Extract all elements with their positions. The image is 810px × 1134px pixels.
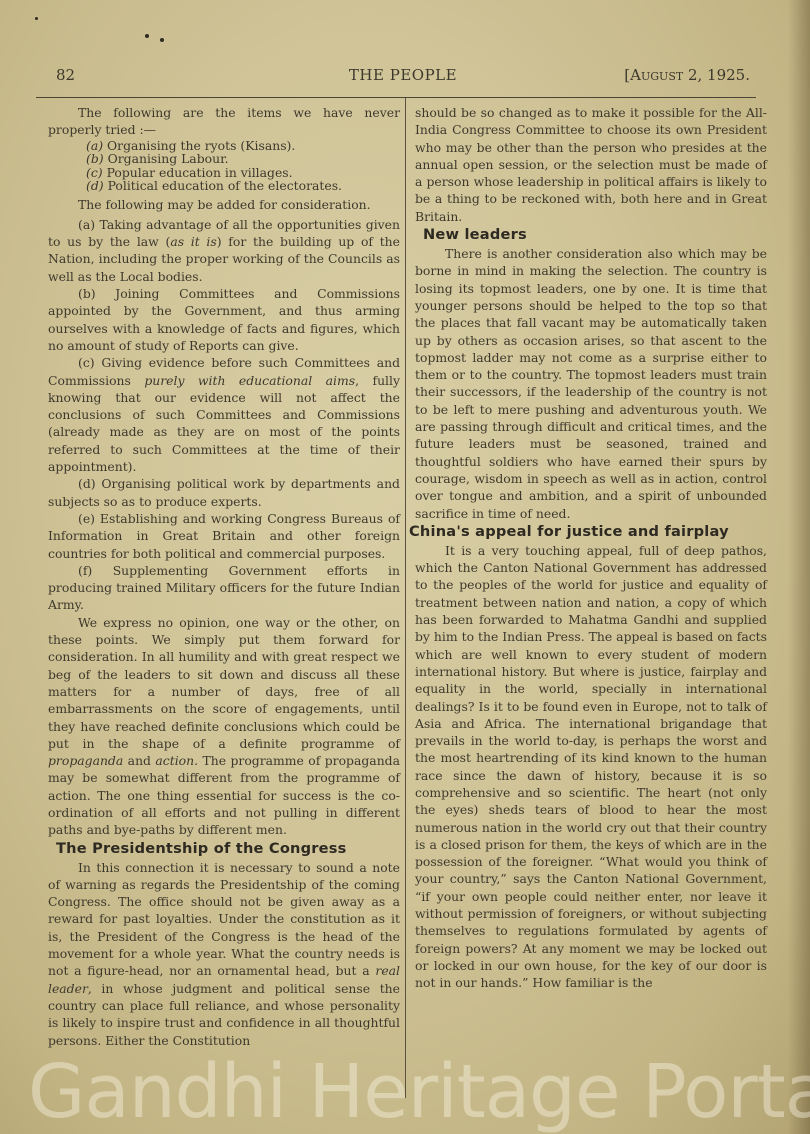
list-item: (a) Organising the ryots (Kisans).	[86, 139, 400, 153]
added-intro: The following may be added for considera…	[48, 196, 400, 213]
section-heading-china-appeal: China's appeal for justice and fairplay	[409, 523, 767, 541]
column-divider	[405, 98, 406, 1098]
presidentship-text-end: , in whose judgment and political sense …	[48, 981, 400, 1048]
section-heading-presidentship: The Presidentship of the Congress	[56, 840, 400, 858]
item-a: (a) Taking advantage of all the opportun…	[48, 216, 400, 285]
ink-speck	[160, 38, 164, 42]
header-rule	[36, 97, 756, 98]
closing-text-mid: and	[123, 753, 155, 768]
china-appeal-paragraph: It is a very touching appeal, full of de…	[415, 542, 767, 992]
intro-paragraph: The following are the items we have neve…	[48, 104, 400, 139]
ink-speck	[145, 34, 149, 38]
item-b: (b) Joining Committees and Commissions a…	[48, 285, 400, 354]
list-item-label: (d)	[86, 178, 104, 193]
item-c: (c) Giving evidence before such Committe…	[48, 354, 400, 475]
issue-date: [August 2, 1925.	[624, 66, 750, 84]
list-item: (d) Political education of the electorat…	[86, 179, 400, 193]
section-heading-new-leaders: New leaders	[423, 226, 767, 244]
right-column: should be so changed as to make it possi…	[415, 104, 767, 992]
ink-speck	[35, 17, 38, 20]
item-d: (d) Organising political work by departm…	[48, 475, 400, 510]
left-column: The following are the items we have neve…	[48, 104, 400, 1049]
list-item: (b) Organising Labour.	[86, 152, 400, 166]
page-edge-shadow	[788, 0, 810, 1134]
presidentship-paragraph: In this connection it is necessary to so…	[48, 859, 400, 1049]
list-item-text: Political education of the electorates.	[108, 178, 342, 193]
page-header: 82 THE PEOPLE [August 2, 1925.	[56, 66, 750, 88]
closing-emphasis-propaganda: propaganda	[48, 753, 123, 768]
item-e: (e) Establishing and working Congress Bu…	[48, 510, 400, 562]
continuation-paragraph: should be so changed as to make it possi…	[415, 104, 767, 225]
never-tried-list: (a) Organising the ryots (Kisans). (b) O…	[86, 139, 400, 193]
presidentship-text: In this connection it is necessary to so…	[48, 860, 400, 979]
issue-date-month: August	[630, 66, 683, 84]
list-item: (c) Popular education in villages.	[86, 166, 400, 180]
closing-paragraph: We express no opinion, one way or the ot…	[48, 614, 400, 839]
closing-emphasis-action: action	[155, 753, 194, 768]
item-f: (f) Supplementing Government efforts in …	[48, 562, 400, 614]
item-c-emphasis: purely with educational aims	[144, 373, 355, 388]
closing-text: We express no opinion, one way or the ot…	[48, 615, 400, 751]
item-a-label: (a)	[78, 217, 95, 232]
watermark: Gandhi Heritage Portal	[28, 1050, 788, 1134]
item-a-emphasis: as it is	[170, 234, 216, 249]
new-leaders-paragraph: There is another consideration also whic…	[415, 245, 767, 522]
issue-date-day-year: 2, 1925.	[683, 66, 750, 84]
